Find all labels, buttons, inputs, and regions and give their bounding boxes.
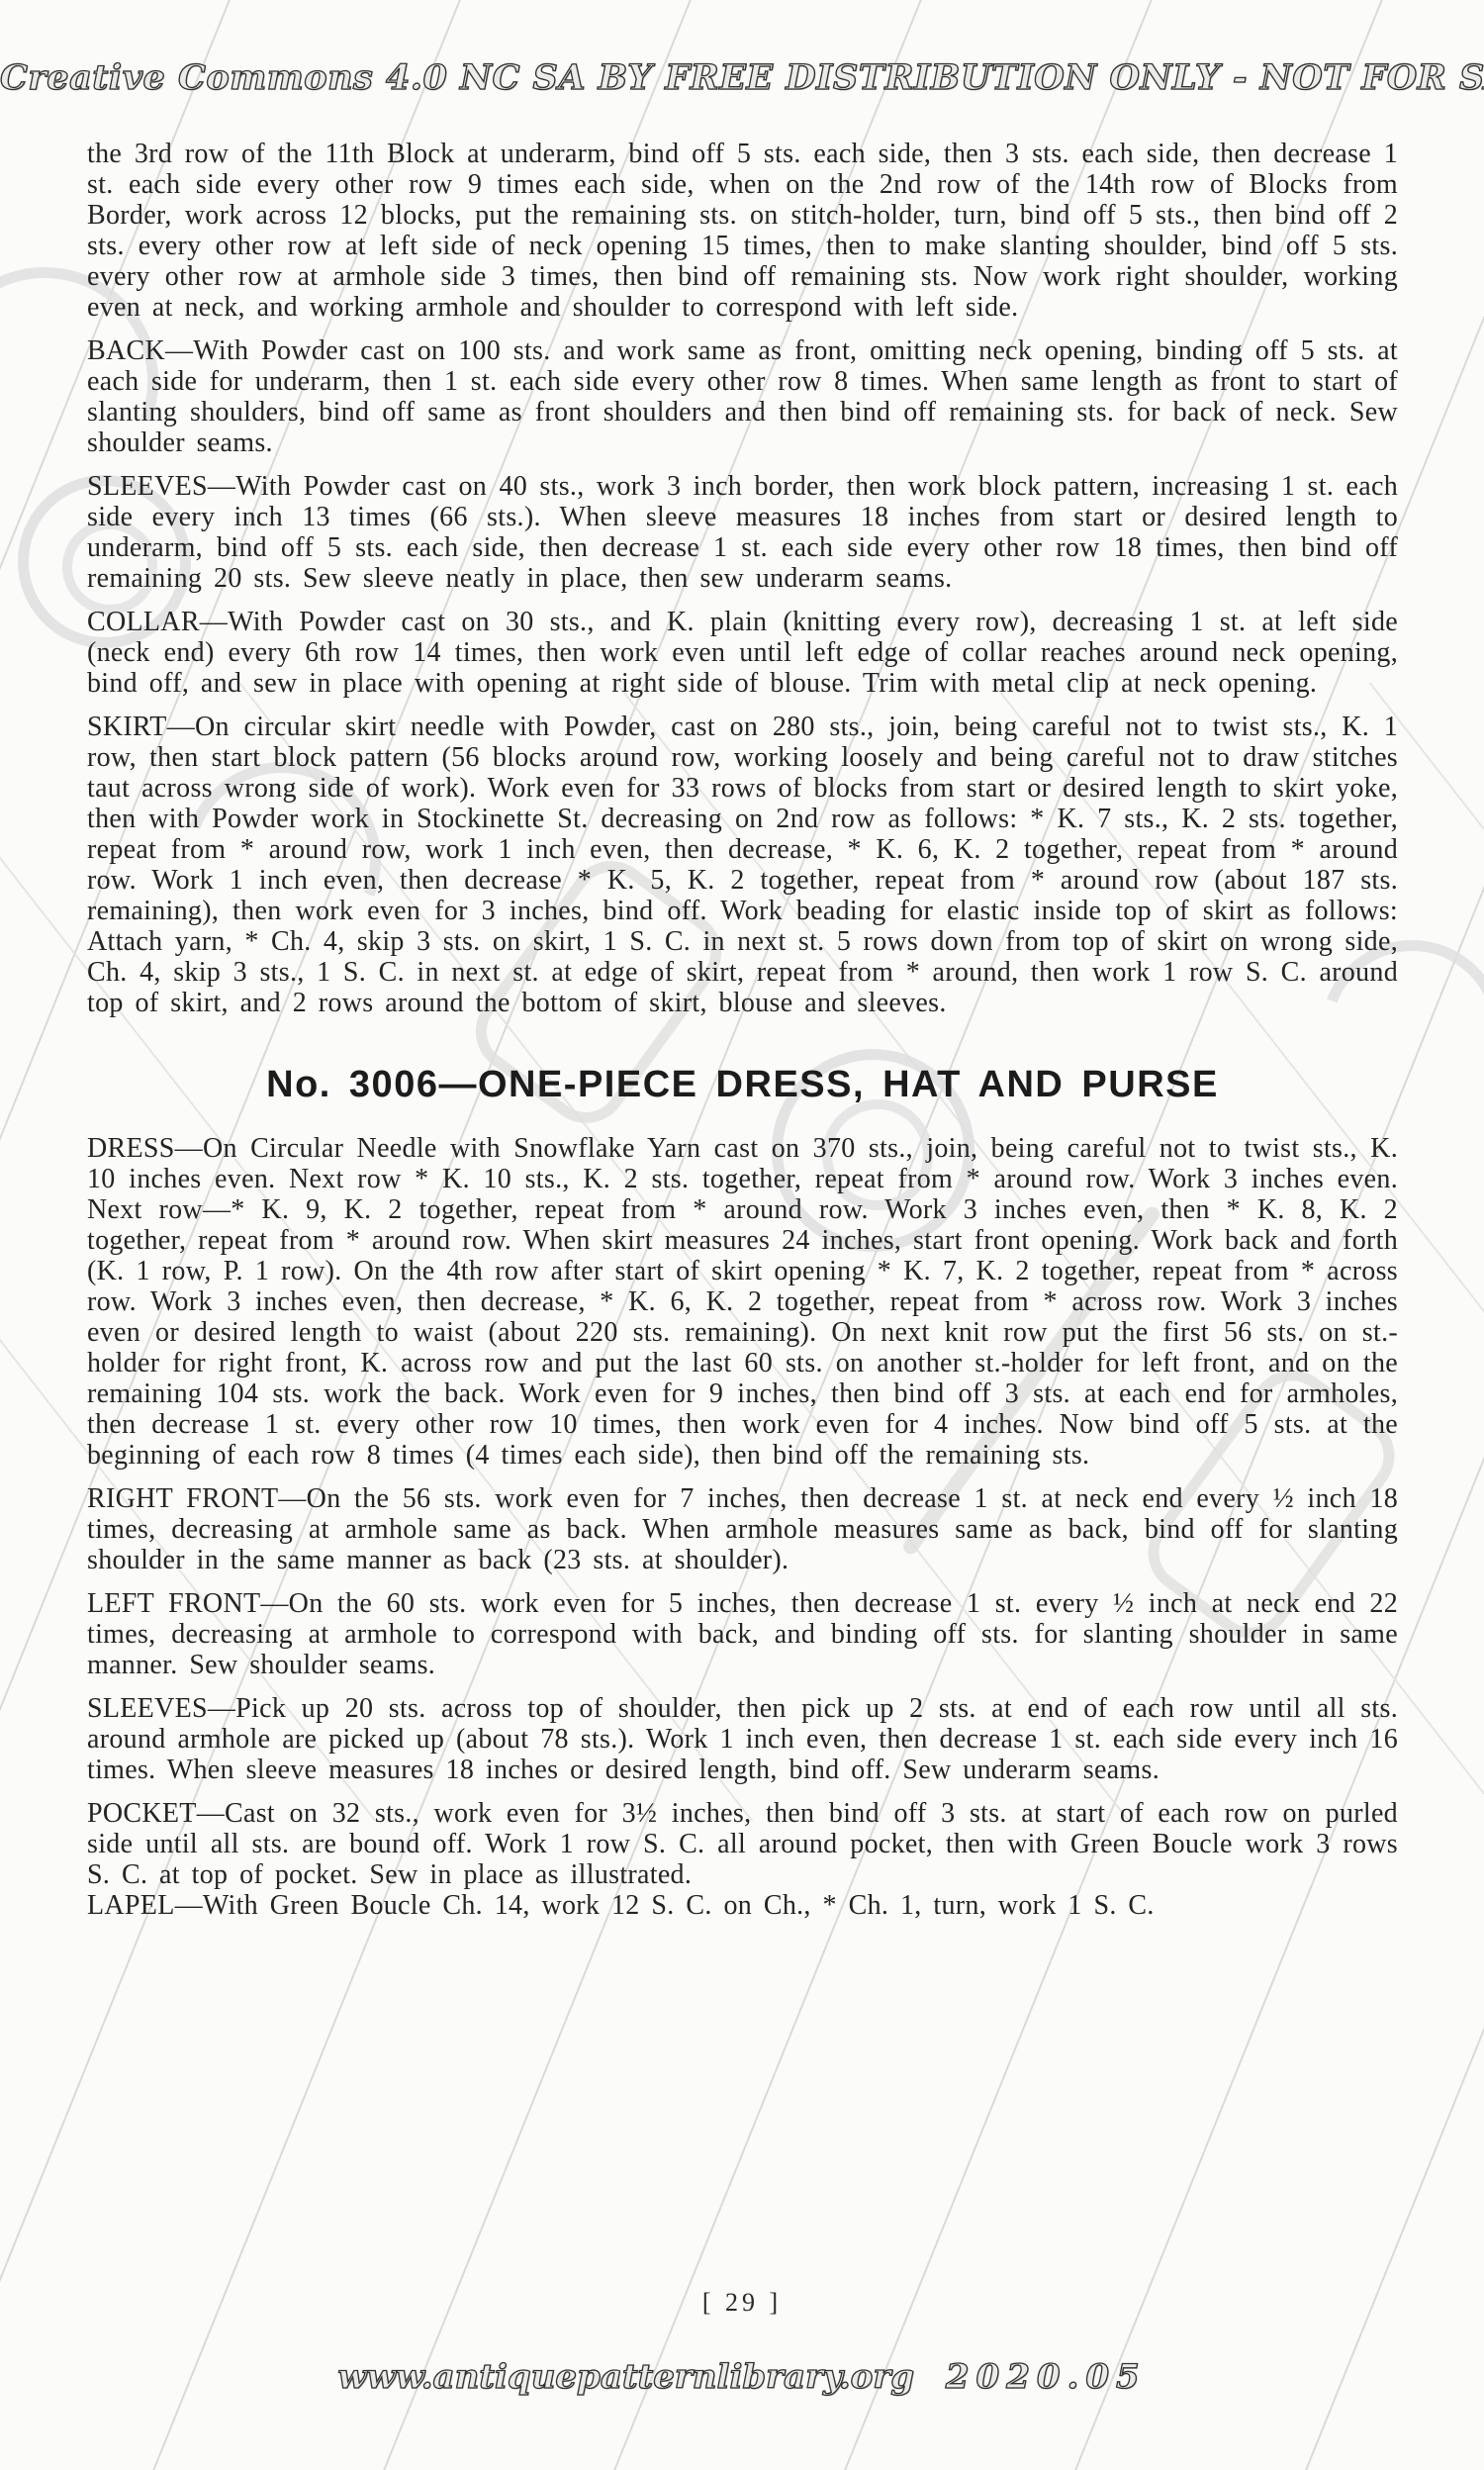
page-number: [ 29 ] [0, 2288, 1484, 2318]
pattern-text: the 3rd row of the 11th Block at underar… [87, 139, 1398, 1934]
paragraph-dress: DRESS—On Circular Needle with Snowflake … [87, 1133, 1398, 1471]
paragraph-right-front: RIGHT FRONT—On the 56 sts. work even for… [87, 1483, 1398, 1575]
footer-site: www.antiquepatternlibrary.org [337, 2357, 914, 2397]
scanned-page: Creative Commons 4.0 NC SA BY FREE DISTR… [0, 0, 1484, 2470]
paragraph-sleeves-2: SLEEVES—Pick up 20 sts. across top of sh… [87, 1693, 1398, 1785]
paragraph-sleeves: SLEEVES—With Powder cast on 40 sts., wor… [87, 471, 1398, 594]
paragraph-back: BACK—With Powder cast on 100 sts. and wo… [87, 335, 1398, 458]
paragraph-continuation: the 3rd row of the 11th Block at underar… [87, 139, 1398, 323]
license-header: Creative Commons 4.0 NC SA BY FREE DISTR… [0, 57, 1484, 98]
paragraph-skirt: SKIRT—On circular skirt needle with Powd… [87, 712, 1398, 1018]
section-heading: No. 3006—ONE-PIECE DRESS, HAT AND PURSE [87, 1064, 1398, 1106]
paragraph-pocket: POCKET—Cast on 32 sts., work even for 3½… [87, 1798, 1398, 1890]
footer-credit: www.antiquepatternlibrary.org 2020.05 [0, 2357, 1484, 2397]
paragraph-collar: COLLAR—With Powder cast on 30 sts., and … [87, 607, 1398, 699]
paragraph-lapel: LAPEL—With Green Boucle Ch. 14, work 12 … [87, 1890, 1398, 1921]
paragraph-left-front: LEFT FRONT—On the 60 sts. work even for … [87, 1588, 1398, 1680]
footer-edition: 2020.05 [946, 2357, 1147, 2397]
